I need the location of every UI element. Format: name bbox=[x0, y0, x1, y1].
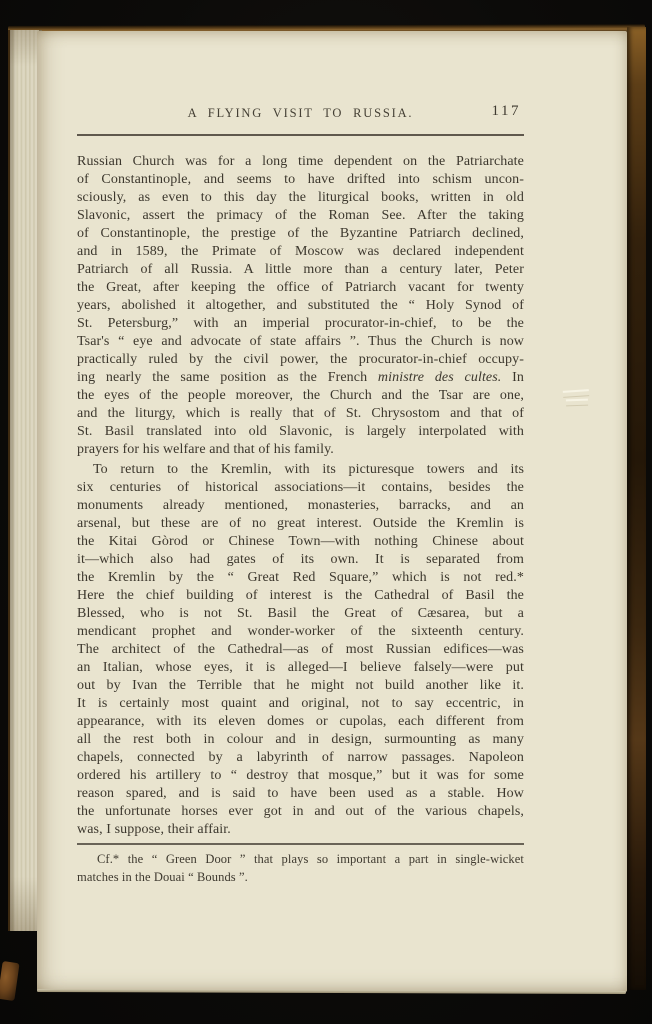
text-line: It is certainly most quaint and original… bbox=[77, 695, 524, 713]
text-line: St. Petersburg,” with an imperial procur… bbox=[77, 315, 524, 333]
running-header: A FLYING VISIT TO RUSSIA. 117 bbox=[77, 104, 524, 122]
text-line: Patriarch of all Russia. A little more t… bbox=[77, 261, 524, 279]
text-line: all the rest both in colour and in desig… bbox=[77, 731, 524, 749]
text-line: chapels, connected by a labyrinth of nar… bbox=[77, 749, 524, 767]
text-line: matches in the Douai “ Bounds ”. bbox=[77, 868, 524, 886]
paragraph-church: Russian Church was for a long time depen… bbox=[77, 153, 524, 459]
text-line: the Kitai Gòrod or Chinese Town—with not… bbox=[77, 533, 524, 551]
body-text: Russian Church was for a long time depen… bbox=[77, 153, 524, 839]
book-cover-right-edge bbox=[627, 27, 646, 990]
text-line: practically ruled by the civil power, th… bbox=[77, 351, 524, 369]
text-line: ing nearly the same position as the Fren… bbox=[77, 369, 524, 387]
text-line: ordered his artillery to “ destroy that … bbox=[77, 767, 524, 785]
text-line: appearance, with its eleven domes or cup… bbox=[77, 713, 524, 731]
text-line: the Great, after keeping the office of P… bbox=[77, 279, 524, 297]
text-line: the unfortunate horses ever got in and o… bbox=[77, 803, 524, 821]
text-line: of Constantinople, the prestige of the B… bbox=[77, 225, 524, 243]
text-line: out by Ivan the Terrible that he might n… bbox=[77, 677, 524, 695]
page-content: A FLYING VISIT TO RUSSIA. 117 Russian Ch… bbox=[77, 104, 524, 886]
text-line: and in 1589, the Primate of Moscow was d… bbox=[77, 243, 524, 261]
text-line: the Kremlin by the “ Great Red Square,” … bbox=[77, 569, 524, 587]
text-line: it—which also had gates of its own. It i… bbox=[77, 551, 524, 569]
text-line: Slavonic, assert the primacy of the Roma… bbox=[77, 207, 524, 225]
header-rule bbox=[77, 134, 524, 136]
text-line: reason spared, and is said to have been … bbox=[77, 785, 524, 803]
scan-background: A FLYING VISIT TO RUSSIA. 117 Russian Ch… bbox=[0, 0, 652, 1024]
header-title: A FLYING VISIT TO RUSSIA. bbox=[77, 104, 524, 122]
page-scratch-mark bbox=[566, 399, 588, 407]
text-line: years, abolished it altogether, and subs… bbox=[77, 297, 524, 315]
book-cover-corner bbox=[0, 961, 20, 1001]
text-line: mendicant prophet and wonder-worker of t… bbox=[77, 623, 524, 641]
text-line: St. Basil translated into old Slavonic, … bbox=[77, 423, 524, 441]
text-line: prayers for his welfare and that of his … bbox=[77, 441, 524, 459]
text-line: arsenal, but these are of no great inter… bbox=[77, 515, 524, 533]
text-line: was, I suppose, their affair. bbox=[77, 821, 524, 839]
text-line: Blessed, who is not St. Basil the Great … bbox=[77, 605, 524, 623]
text-line: and the liturgy, which is really that of… bbox=[77, 405, 524, 423]
text-line: sciously, as even to this day the liturg… bbox=[77, 189, 524, 207]
text-line: Cf.* the “ Green Door ” that plays so im… bbox=[77, 850, 524, 868]
text-line: monuments already mentioned, monasteries… bbox=[77, 497, 524, 515]
text-line: six centuries of historical associations… bbox=[77, 479, 524, 497]
text-line: of Constantinople, and seems to have dri… bbox=[77, 171, 524, 189]
footnote-rule bbox=[77, 843, 524, 845]
text-line: an Italian, whose eyes, it is alleged—I … bbox=[77, 659, 524, 677]
text-line: The architect of the Cathedral—as of mos… bbox=[77, 641, 524, 659]
text-line: Here the chief building of interest is t… bbox=[77, 587, 524, 605]
footnote: Cf.* the “ Green Door ” that plays so im… bbox=[77, 850, 524, 886]
page-number: 117 bbox=[492, 103, 521, 120]
text-line: Russian Church was for a long time depen… bbox=[77, 153, 524, 171]
text-line: To return to the Kremlin, with its pictu… bbox=[77, 461, 524, 479]
text-line: the eyes of the people moreover, the Chu… bbox=[77, 387, 524, 405]
text-line: Tsar's “ eye and advocate of state affai… bbox=[77, 333, 524, 351]
paragraph-kremlin: To return to the Kremlin, with its pictu… bbox=[77, 461, 524, 839]
